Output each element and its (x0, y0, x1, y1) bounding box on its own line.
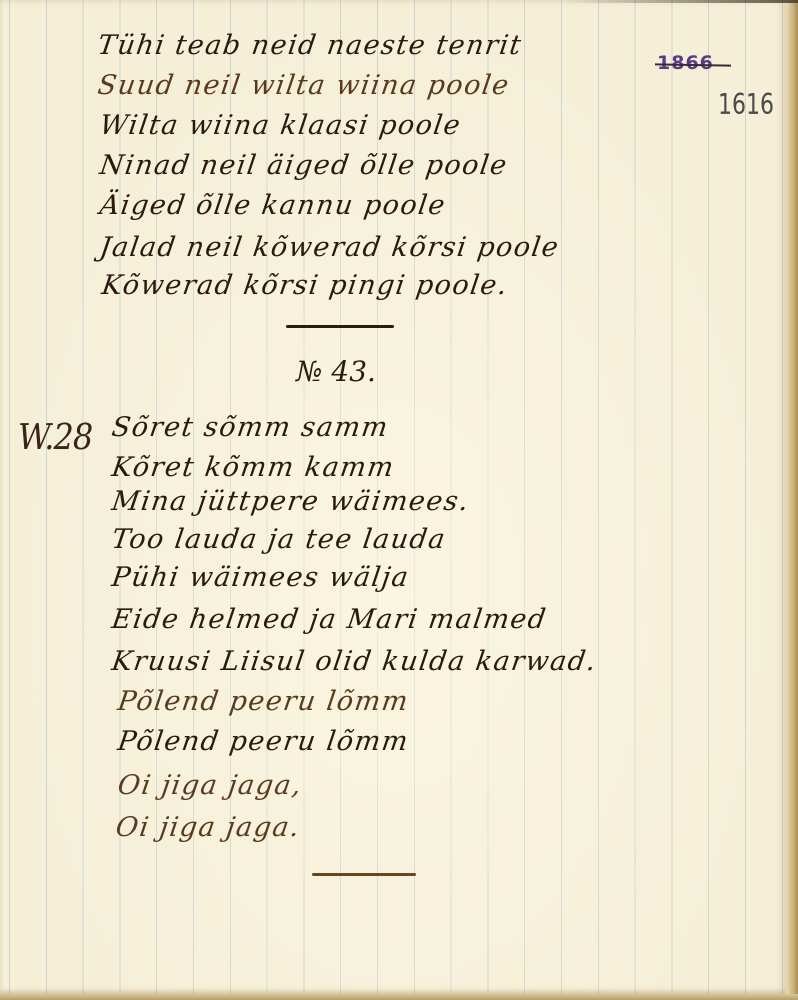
poem2-line-10: Oi jiga jaga, (116, 770, 305, 801)
page-edge-top (560, 0, 798, 3)
poem1-line-6: Jalad neil kõwerad kõrsi poole (98, 232, 562, 263)
poem2-line-1: Sõret sõmm samm (110, 412, 391, 443)
poem1-line-3: Wilta wiina klaasi poole (98, 110, 464, 141)
poem1-line-7: Kõwerad kõrsi pingi poole. (100, 270, 510, 301)
page-edge-bottom (0, 994, 798, 1000)
poem1-line-2: Suud neil wilta wiina poole (96, 70, 512, 101)
page-edge-right (786, 0, 798, 1000)
poem2-line-11: Oi jiga jaga. (114, 812, 303, 843)
pencil-page-number: 1616 (718, 89, 774, 122)
poem2-line-8: Põlend peeru lõmm (116, 686, 411, 717)
poem1-line-4: Ninad neil äiged õlle poole (98, 150, 510, 181)
poem2-line-2: Kõret kõmm kamm (110, 452, 397, 483)
song-number: № 43. (296, 355, 376, 388)
poem2-line-4: Too lauda ja tee lauda (110, 524, 448, 555)
poem2-line-9: Põlend peeru lõmm (116, 726, 411, 757)
section-divider-bottom (312, 873, 416, 876)
poem1-line-5: Äiged õlle kannu poole (98, 190, 448, 221)
poem1-line-1: Tühi teab neid naeste tenrit (96, 30, 524, 61)
poem2-line-7: Kruusi Liisul olid kulda karwad. (110, 646, 599, 677)
margin-note: W.28 (18, 416, 92, 458)
poem2-line-6: Eide helmed ja Mari malmed (110, 604, 549, 635)
poem2-line-3: Mina jüttpere wäimees. (110, 486, 472, 517)
section-divider-top (286, 325, 394, 328)
poem2-line-5: Pühi wäimees wälja (110, 562, 412, 593)
